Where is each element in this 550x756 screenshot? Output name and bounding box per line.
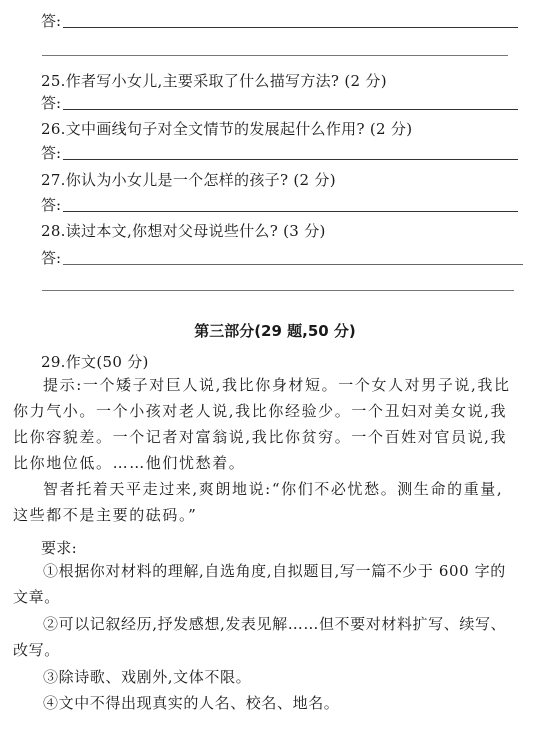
essay-wise-man-quote: 智者托着天平走过来,爽朗地说:“你们不必忧愁。测生命的重量,这些都不是主要的砝码…: [13, 476, 518, 528]
answer-extra-line[interactable]: [42, 290, 514, 291]
answer-label: 答:: [41, 10, 61, 31]
answer-line[interactable]: [63, 264, 523, 265]
answer-label: 答:: [41, 92, 61, 113]
essay-prompt: 提示:一个矮子对巨人说,我比你身材短。一个女人对男子说,我比你力气小。一个小孩对…: [13, 372, 518, 476]
answer-label: 答:: [41, 247, 61, 268]
question-27: 27.你认为小女儿是一个怎样的孩子? (2 分): [41, 169, 336, 190]
question-28: 28.读过本文,你想对父母说些什么? (3 分): [41, 220, 326, 241]
requirement-1: ①根据你对材料的理解,自选角度,自拟题目,写一篇不少于 600 字的文章。: [13, 558, 518, 610]
answer-extra-line[interactable]: [42, 55, 508, 56]
requirement-2: ②可以记叙经历,抒发感想,发表见解……但不要对材料扩写、续写、改写。: [13, 611, 518, 663]
question-25: 25.作者写小女儿,主要采取了什么描写方法? (2 分): [41, 70, 387, 91]
requirements-label: 要求:: [41, 537, 77, 558]
essay-heading: 29.作文(50 分): [41, 351, 149, 372]
requirement-3: ③除诗歌、戏剧外,文体不限。: [13, 664, 518, 690]
answer-line[interactable]: [63, 27, 518, 28]
section-title: 第三部分(29 题,50 分): [0, 320, 550, 341]
answer-label: 答:: [41, 142, 61, 163]
answer-line[interactable]: [63, 211, 518, 212]
requirement-4: ④文中不得出现真实的人名、校名、地名。: [13, 690, 518, 716]
answer-line[interactable]: [63, 159, 518, 160]
question-26: 26.文中画线句子对全文情节的发展起什么作用? (2 分): [41, 118, 412, 139]
answer-label: 答:: [41, 194, 61, 215]
answer-line[interactable]: [63, 109, 518, 110]
